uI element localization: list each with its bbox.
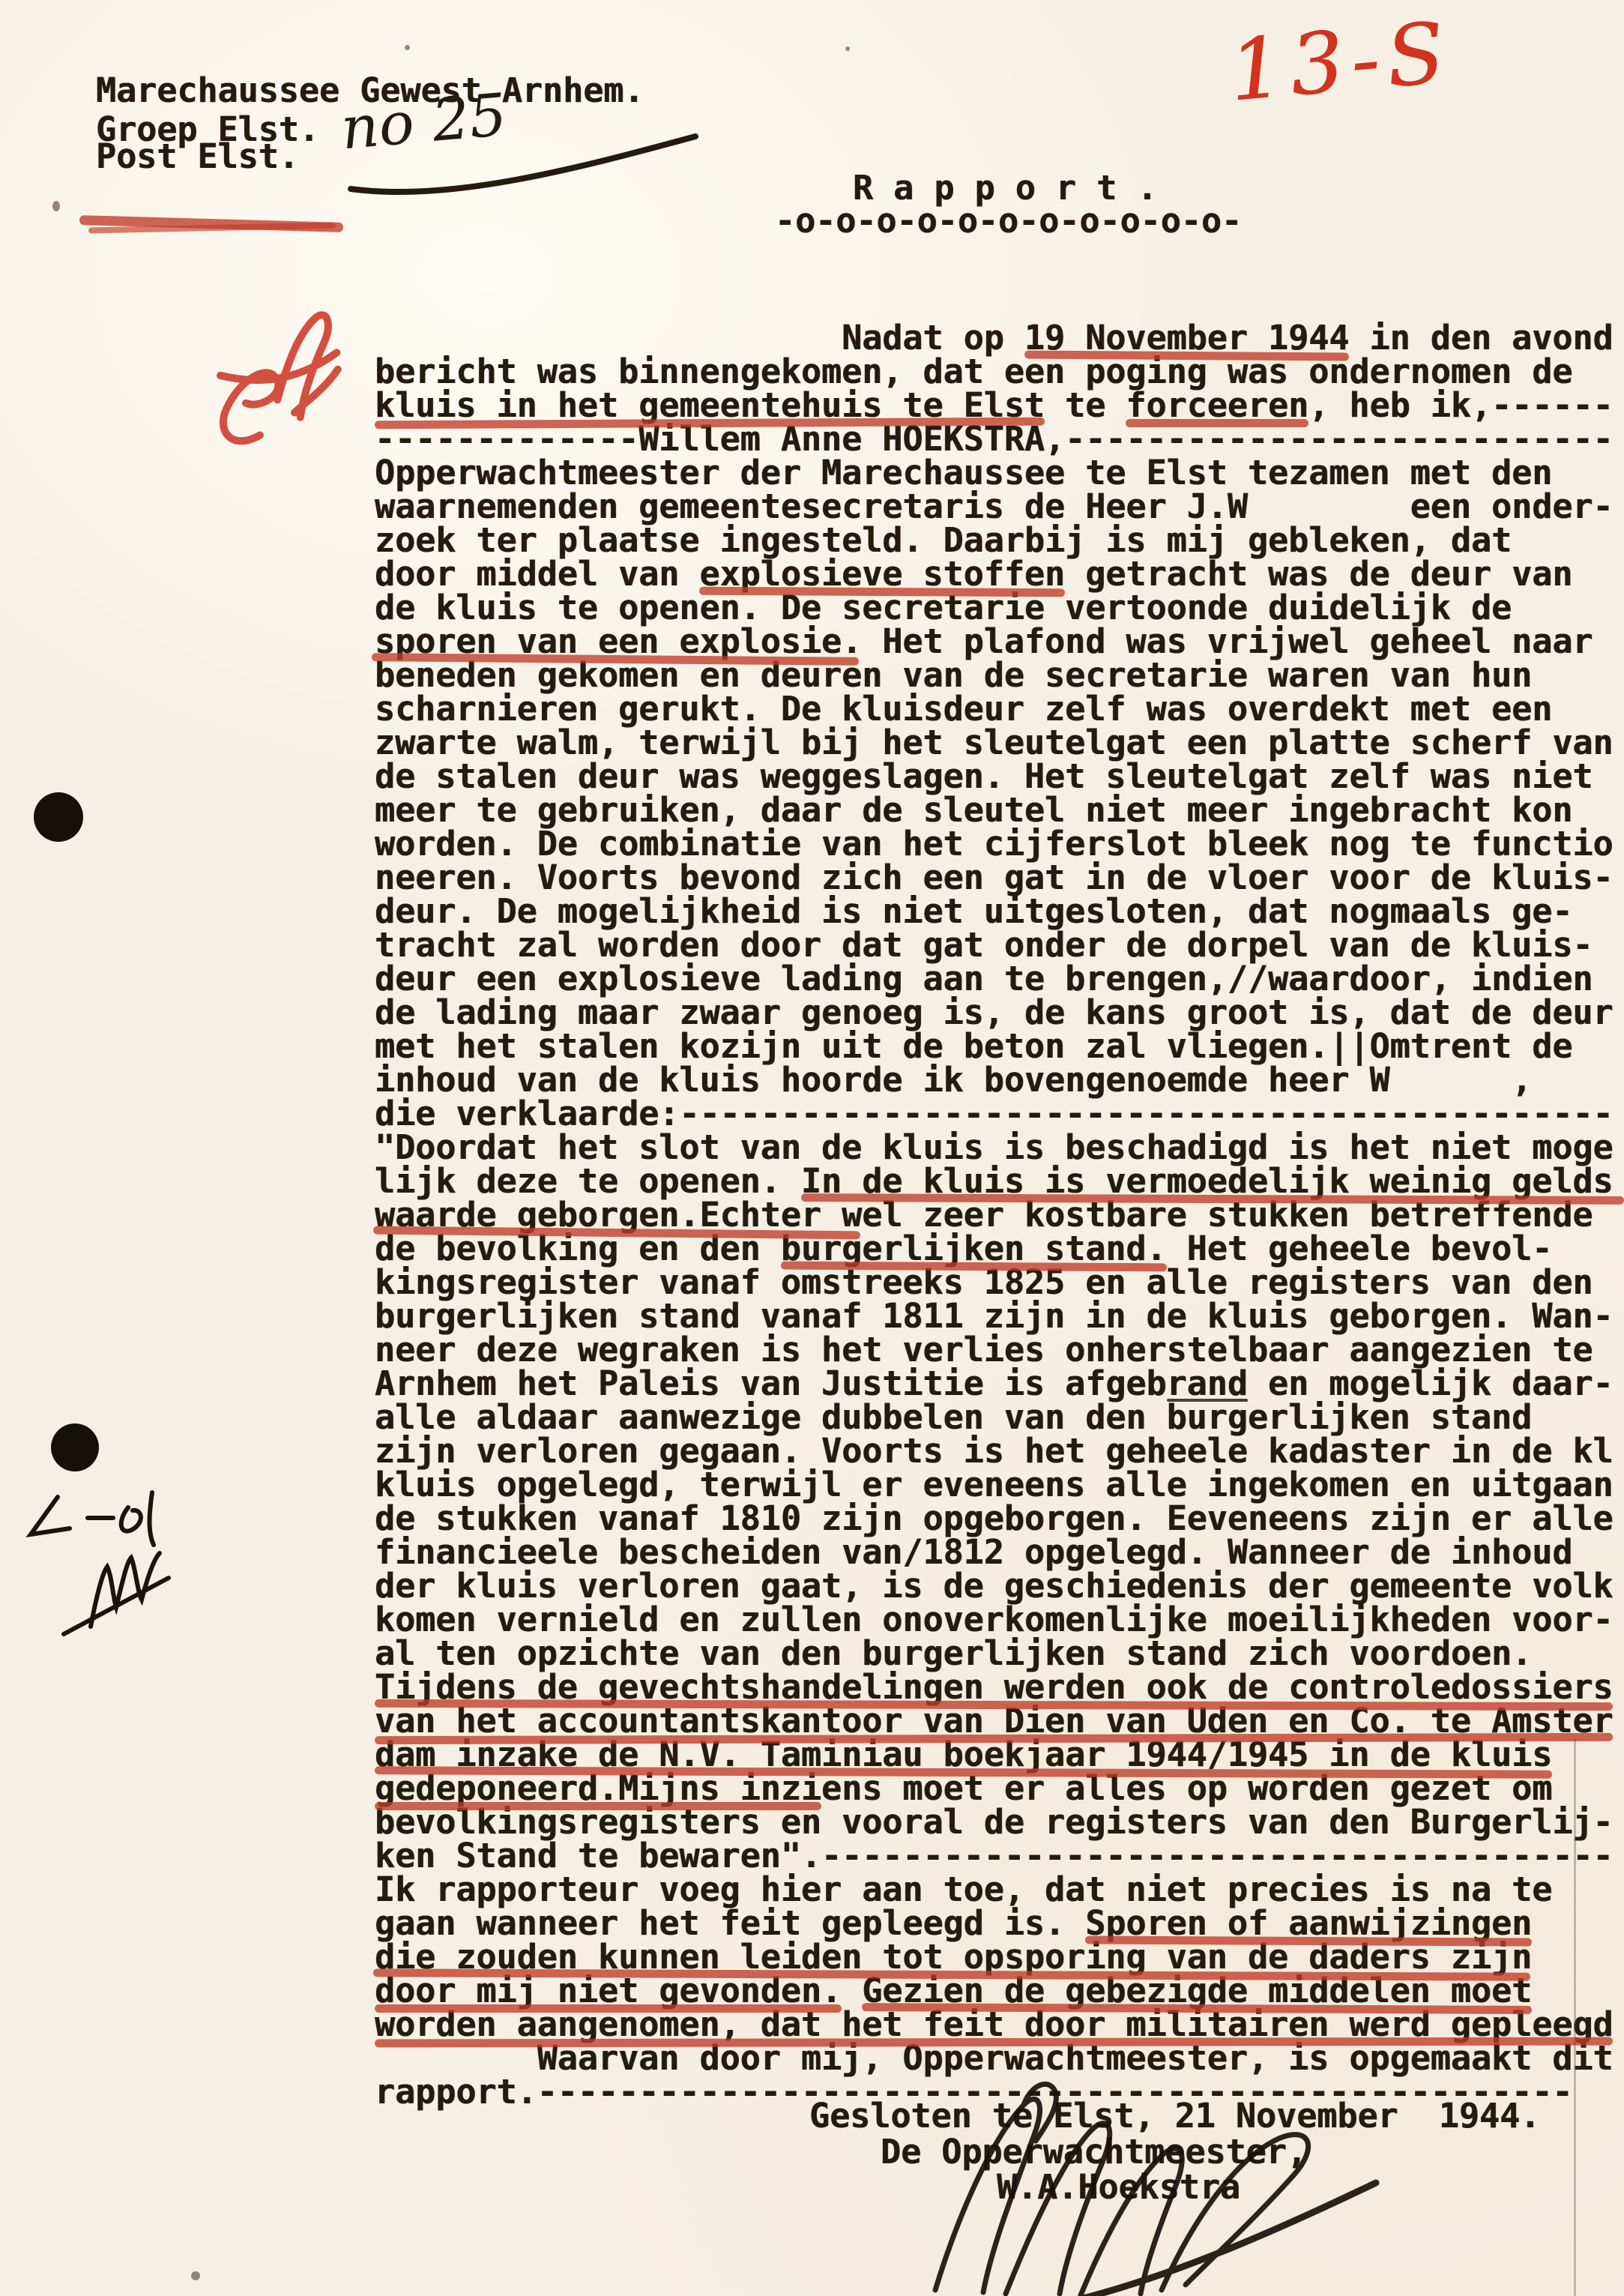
fold-line xyxy=(1574,1739,1576,2296)
report-line: lijk deze te openen. In de kluis is verm… xyxy=(375,1164,1624,1198)
report-line: Ik rapporteur voeg hier aan toe, dat nie… xyxy=(375,1872,1624,1906)
report-line: "Doordat het slot van de kluis is bescha… xyxy=(375,1130,1624,1164)
report-line: de stalen deur was weggeslagen. Het sleu… xyxy=(375,759,1624,793)
report-line: inhoud van de kluis hoorde ik bovengenoe… xyxy=(375,1063,1624,1097)
report-line: met het stalen kozijn uit de beton zal v… xyxy=(375,1029,1624,1063)
file-number-handwriting: 13-S xyxy=(1225,4,1455,120)
report-line: alle aldaar aanwezige dubbelen van den b… xyxy=(375,1400,1624,1434)
report-line: door middel van explosieve stoffen getra… xyxy=(375,557,1624,591)
report-line: deur. De mogelijkheid is niet uitgeslote… xyxy=(375,894,1624,928)
ink-speck xyxy=(845,46,850,51)
case-number-flourish xyxy=(337,127,712,210)
title-separator: -o-o-o-o-o-o-o-o-o-o-o- xyxy=(775,204,1242,238)
report-line: waarnemenden gemeentesecretaris de Heer … xyxy=(375,489,1624,523)
signature xyxy=(847,2076,1401,2296)
report-line: ken Stand te bewaren".------------------… xyxy=(375,1839,1624,1872)
report-line: komen vernield en zullen onoverkomenlijk… xyxy=(375,1603,1624,1636)
report-line: Opperwachtmeester der Marechaussee te El… xyxy=(375,456,1624,489)
report-line: al ten opzichte van den burgerlijken sta… xyxy=(375,1636,1624,1670)
ink-speck xyxy=(405,45,410,50)
punch-hole xyxy=(51,1423,99,1471)
report-line: zoek ter plaatse ingesteld. Daarbij is m… xyxy=(375,523,1624,557)
report-line: kluis opgelegd, terwijl er eveneens alle… xyxy=(375,1468,1624,1501)
report-line: Tijdens de gevechtshandelingen werden oo… xyxy=(375,1670,1624,1704)
report-line: de stukken vanaf 1810 zijn opgeborgen. E… xyxy=(375,1501,1624,1535)
report-line: meer te gebruiken, daar de sleutel niet … xyxy=(375,793,1624,827)
report-line: neeren. Voorts bevond zich een gat in de… xyxy=(375,861,1624,894)
red-underline xyxy=(375,1802,821,1810)
red-underline xyxy=(1126,419,1308,427)
report-line: scharnieren gerukt. De kluisdeur zelf wa… xyxy=(375,692,1624,726)
report-line: beneden gekomen en deuren van de secreta… xyxy=(375,658,1624,692)
document-page: Marechaussee Gewest Arnhem. Groep Elst. … xyxy=(0,0,1624,2296)
report-line: zwarte walm, terwijl bij het sleutelgat … xyxy=(375,726,1624,759)
report-line: sporen van een explosie. Het plafond was… xyxy=(375,624,1624,658)
ink-speck xyxy=(191,2271,200,2280)
correction-underline xyxy=(1167,1399,1248,1402)
report-line: de bevolking en den burgerlijken stand. … xyxy=(375,1232,1624,1265)
margin-scribble xyxy=(187,298,372,463)
report-line: Arnhem het Paleis van Justitie is afgebr… xyxy=(375,1367,1624,1400)
letterhead-post: Post Elst. xyxy=(96,139,299,173)
report-line: burgerlijken stand vanaf 1811 zijn in de… xyxy=(375,1299,1624,1333)
report-line: gaan wanneer het feit gepleegd is. Spore… xyxy=(375,1906,1624,1940)
report-line: de lading maar zwaar genoeg is, de kans … xyxy=(375,995,1624,1029)
report-line: deur een explosieve lading aan te brenge… xyxy=(375,962,1624,995)
margin-mark xyxy=(19,1480,180,1642)
report-line: tracht zal worden door dat gat onder de … xyxy=(375,928,1624,962)
report-line: die verklaarde:-------------------------… xyxy=(375,1097,1624,1130)
report-line: worden. De combinatie van het cijferslot… xyxy=(375,827,1624,861)
report-line: der kluis verloren gaat, is de geschiede… xyxy=(375,1569,1624,1603)
report-line: financieele bescheiden van/1812 opgelegd… xyxy=(375,1535,1624,1569)
red-underline xyxy=(375,2004,842,2013)
report-title: R a p p o r t . xyxy=(853,171,1157,205)
report-line: zijn verloren gegaan. Voorts is het gehe… xyxy=(375,1434,1624,1468)
report-line: bericht was binnengekomen, dat een pogin… xyxy=(375,355,1624,388)
punch-hole xyxy=(34,792,83,842)
report-line: neer deze wegraken is het verlies onhers… xyxy=(375,1333,1624,1367)
ink-speck xyxy=(52,201,60,211)
report-line: Nadat op 19 November 1944 in den avond xyxy=(375,321,1624,355)
